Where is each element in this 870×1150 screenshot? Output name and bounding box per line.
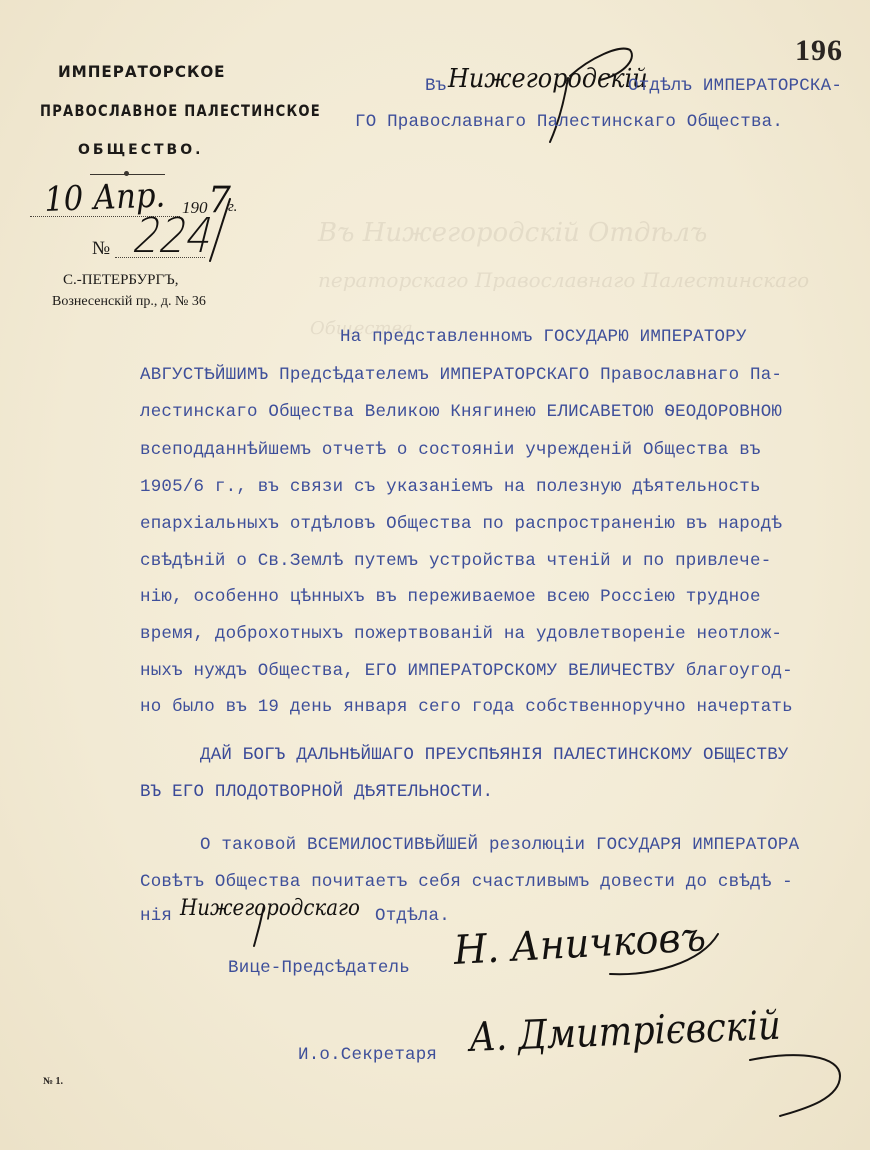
bleed-through-text: ператорскаго Православнаго Палестинскаго (318, 268, 809, 292)
body-line-suffix: Отдѣла. (375, 906, 450, 926)
page-number: 196 (795, 34, 843, 68)
body-line: Совѣтъ Общества почитаетъ себя счастливы… (140, 872, 793, 892)
vice-chair-label: Вице-Предсѣдатель (228, 958, 410, 978)
body-line: ныхъ нуждъ Общества, ЕГО ИМПЕРАТОРСКОМУ … (140, 661, 793, 681)
body-line: свѣдѣній о Св.Землѣ путемъ устройства чт… (140, 551, 771, 571)
body-line: лестинскаго Общества Великою Княгинею ЕЛ… (140, 402, 782, 422)
body-line: нію, особенно цѣнныхъ въ переживаемое вс… (140, 587, 761, 607)
signature-flourish (600, 924, 730, 984)
letterhead-line3: ОБЩЕСТВО. (78, 142, 203, 158)
body-line: время, доброхотныхъ пожертвованій на удо… (140, 624, 782, 644)
letterhead-line1: ИМПЕРАТОРСКОЕ (58, 62, 226, 81)
imperial-resolution-line: ДАЙ БОГЪ ДАЛЬНѢЙШАГО ПРЕУСПѢЯНІЯ ПАЛЕСТИ… (200, 745, 789, 765)
imperial-resolution-line: ВЪ ЕГО ПЛОДОТВОРНОЙ ДѢЯТЕЛЬНОСТИ. (140, 782, 493, 802)
body-line: На представленномъ ГОСУДАРЮ ИМПЕРАТОРУ (340, 327, 747, 347)
signature-flourish (740, 1020, 870, 1120)
body-line: всеподданнѣйшемъ отчетѣ о состояніи учре… (140, 440, 761, 460)
city: С.-ПЕТЕРБУРГЪ, (63, 272, 178, 289)
number-sign: № (92, 238, 110, 260)
secretary-signature: А. Дмитрієвскій (469, 1003, 782, 1061)
addressee-line1: Отдѣлъ ИМПЕРАТОРСКА- (628, 76, 842, 96)
body-line-prefix: нія (140, 906, 172, 926)
body-line: О таковой ВСЕМИЛОСТИВѢЙШЕЙ резолюціи ГОС… (200, 835, 799, 855)
handwritten-descender (250, 900, 270, 950)
form-number: № 1. (43, 1076, 63, 1087)
ornament-dot (124, 171, 129, 176)
addressee-line2: ГО Православнаго Палестинскаго Общества. (355, 112, 783, 132)
address: Вознесенскій пр., д. № 36 (52, 294, 206, 310)
body-line: епархіальныхъ отдѣловъ Общества по распр… (140, 514, 782, 534)
body-line: 1905/6 г., въ связи съ указаніемъ на пол… (140, 477, 761, 497)
handwritten-stroke-flourish (200, 195, 240, 265)
body-line: АВГУСТѢЙШИМЪ Предсѣдателемъ ИМПЕРАТОРСКА… (140, 365, 782, 385)
letterhead-line2: ПРАВОСЛАВНОЕ ПАЛЕСТИНСКОЕ (40, 101, 321, 120)
document-page: Въ Нижегородскій Отдѣлъ ператорскаго Пра… (0, 0, 870, 1150)
secretary-label: И.о.Секретаря (298, 1045, 437, 1065)
body-line: но было въ 19 день января сего года собс… (140, 697, 793, 717)
bleed-through-text: Въ Нижегородскій Отдѣлъ (318, 218, 707, 248)
